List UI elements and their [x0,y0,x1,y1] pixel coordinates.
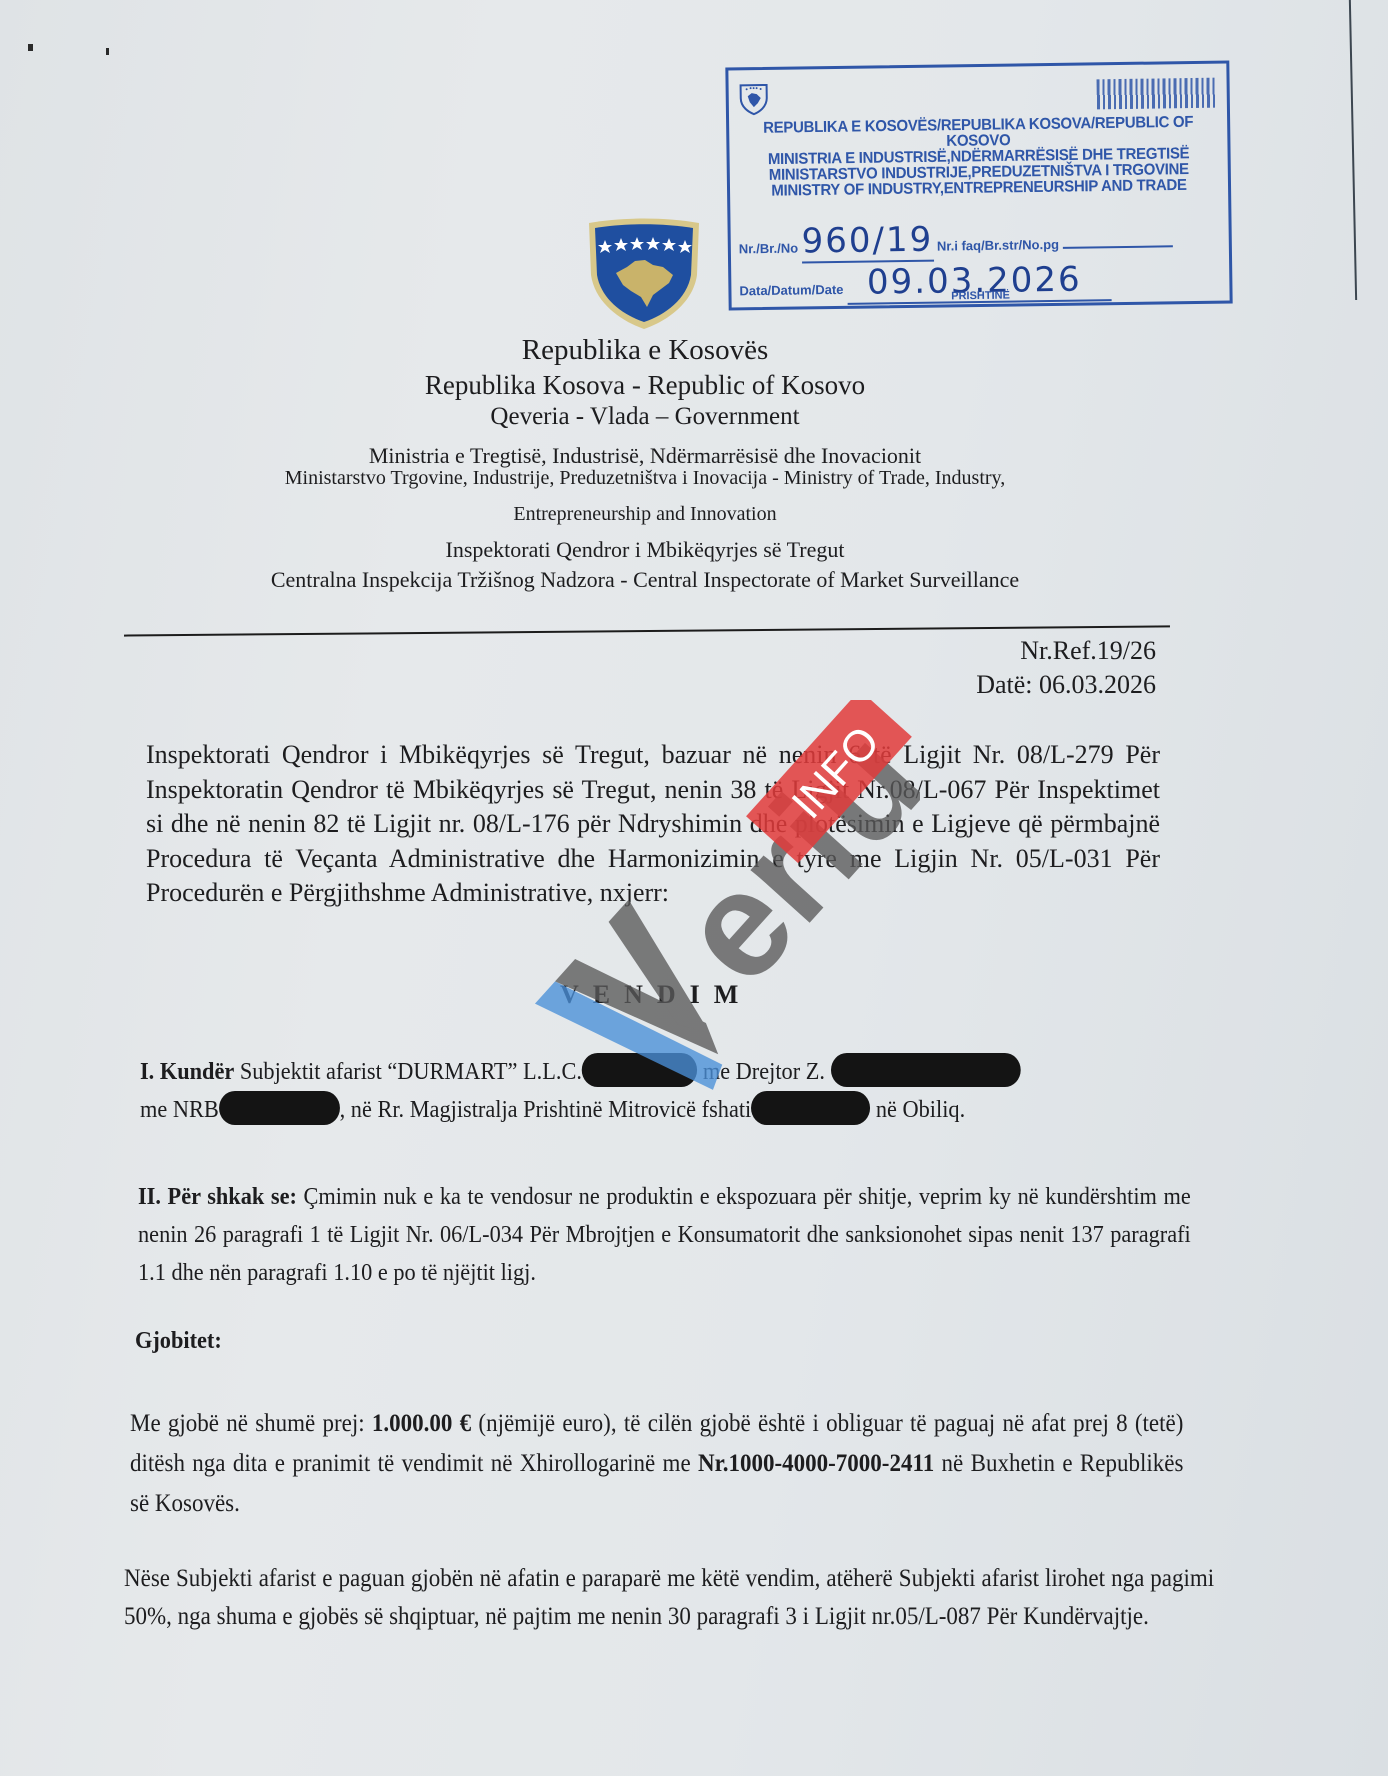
header-inspectorate-serbian-english: Centralna Inspekcija Tržišnog Nadzora - … [120,567,1170,593]
bank-account-number: Nr.1000-4000-7000-2411 [698,1450,934,1477]
fine-amount: 1.000.00 € [372,1410,471,1437]
decision-title: VENDIM [560,980,752,1010]
stamp-barcode [1097,78,1217,110]
kosovo-coat-of-arms-icon [583,215,705,333]
reference-number: Nr.Ref.19/26 [1020,636,1156,666]
header-divider [124,625,1170,636]
redaction-block [219,1091,340,1125]
section-subject-label: I. Kundër [140,1059,234,1085]
registration-stamp: REPUBLIKA E KOSOVËS/REPUBLIKA KOSOVA/REP… [725,60,1232,310]
redaction-block [751,1091,870,1125]
early-payment-paragraph: Nëse Subjekti afarist e paguan gjobën në… [124,1560,1214,1636]
stamp-institution: REPUBLIKA E KOSOVËS/REPUBLIKA KOSOVA/REP… [735,114,1222,200]
stamp-number-label: Nr./Br./No [739,241,798,257]
scanned-document-page: REPUBLIKA E KOSOVËS/REPUBLIKA KOSOVA/REP… [0,0,1388,1776]
fine-text: Me gjobë në shumë prej: [130,1410,372,1437]
subject-company: Subjektit afarist “DURMART” L.L.C. [234,1059,582,1085]
header-ministry-serbian-english: Ministarstvo Trgovine, Industrije, Predu… [120,467,1170,490]
stamp-number-value: 960/19 [801,220,933,262]
header-country-albanian: Republika e Kosovës [120,334,1170,367]
section-reason-label: II. Për shkak se: [138,1184,297,1210]
subject-address: , në Rr. Magjistralja Prishtinë Mitrovic… [340,1097,752,1123]
legal-basis-paragraph: Inspektorati Qendror i Mbikëqyrjes së Tr… [146,738,1160,911]
header-country-serbian-english: Republika Kosova - Republic of Kosovo [120,370,1170,401]
stamp-number-row: Nr./Br./No 960/19 Nr.i faq/Br.str/No.pg [738,216,1217,265]
subject-nrb-label: me NRB [140,1097,219,1123]
header-ministry-albanian: Ministria e Tregtisë, Industrisë, Ndërma… [120,443,1170,469]
fine-paragraph: Me gjobë në shumë prej: 1.000.00 € (njëm… [130,1404,1183,1524]
section-subject: I. Kundër Subjektit afarist “DURMART” L.… [140,1053,1191,1129]
paper-speck [28,44,33,51]
redaction-block [582,1053,697,1087]
fines-heading: Gjobitet: [135,1328,222,1355]
paper-speck [106,48,109,55]
header-ministry-english-cont: Entrepreneurship and Innovation [120,503,1170,526]
header-government: Qeveria - Vlada – Government [120,403,1170,431]
page-edge [1349,0,1357,300]
subject-director-label: me Drejtor Z. [697,1059,830,1085]
redaction-block [831,1053,1021,1087]
stamp-pages-label: Nr.i faq/Br.str/No.pg [937,237,1059,254]
subject-municipality: në Obiliq. [870,1097,965,1123]
section-reason: II. Për shkak se: Çmimin nuk e ka te ven… [138,1178,1191,1292]
coat-of-arms-icon [739,82,769,116]
document-date: Datë: 06.03.2026 [976,670,1156,700]
header-inspectorate-albanian: Inspektorati Qendror i Mbikëqyrjes së Tr… [120,537,1170,563]
